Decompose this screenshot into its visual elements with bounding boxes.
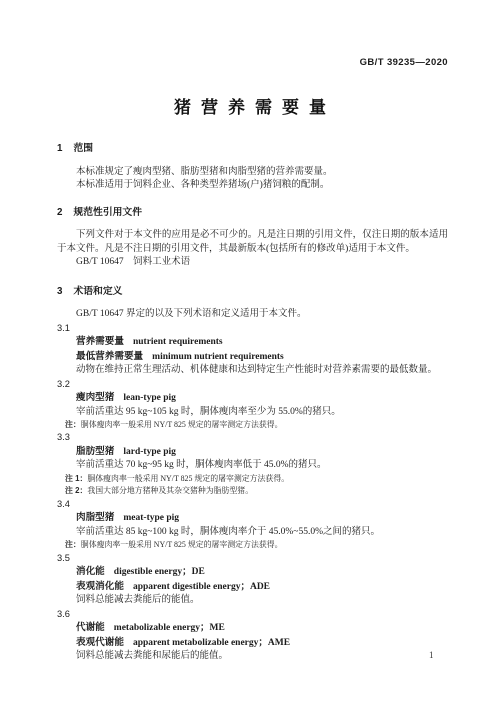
term-definition: 宰前活重达 70 kg~95 kg 时，胴体瘦肉率低于 45.0%的猪只。 bbox=[57, 459, 448, 473]
term-line: 营养需要量nutrient requirements bbox=[57, 335, 448, 350]
note: 注：胴体瘦肉率一般采用 NY/T 825 规定的屠宰测定方法获得。 bbox=[57, 419, 448, 431]
term-subsection: 3.4 肉脂型猪meat-type pig 宰前活重达 85 kg~100 kg… bbox=[57, 498, 448, 552]
term-line: 瘦肉型猪lean-type pig bbox=[57, 391, 448, 406]
term-definition: 宰前活重达 95 kg~105 kg 时，胴体瘦肉率至少为 55.0%的猪只。 bbox=[57, 406, 448, 420]
term-en: apparent digestible energy；ADE bbox=[133, 582, 270, 592]
term-line: 代谢能metabolizable energy；ME bbox=[57, 621, 448, 636]
document-page: GB/T 39235—2020 猪营养需要量 1范围 本标准规定了瘦肉型猪、脂肪… bbox=[0, 0, 500, 707]
note: 注 2：我国大部分地方猪种及其杂交猪种为脂肪型猪。 bbox=[57, 485, 448, 497]
term-en: digestible energy；DE bbox=[114, 567, 205, 577]
term-zh: 代谢能 bbox=[76, 622, 105, 633]
term-en: nutrient requirements bbox=[133, 337, 223, 347]
section-paragraph: 下列文件对于本文件的应用是必不可少的。凡是注日期的引用文件，仅注日期的版本适用于… bbox=[57, 229, 448, 256]
term-line: 脂肪型猪lard-type pig bbox=[57, 445, 448, 460]
term-subsection: 3.2 瘦肉型猪lean-type pig 宰前活重达 95 kg~105 kg… bbox=[57, 378, 448, 432]
term-line: 最低营养需要量minimum nutrient requirements bbox=[57, 350, 448, 365]
section-paragraph: 本标准适用于饲料企业、各种类型养猪场(户)猪饲粮的配制。 bbox=[57, 179, 448, 193]
subsection-number: 3.2 bbox=[57, 378, 448, 392]
term-zh: 最低营养需要量 bbox=[76, 351, 143, 362]
term-en: metabolizable energy；ME bbox=[114, 623, 225, 633]
term-en: lean-type pig bbox=[123, 393, 176, 403]
document-title: 猪营养需要量 bbox=[0, 93, 500, 118]
note-text: 我国大部分地方猪种及其杂交猪种为脂肪型猪。 bbox=[87, 486, 253, 495]
term-en: minimum nutrient requirements bbox=[152, 352, 284, 362]
referenced-standard-line: GB/T 10647 饲料工业术语 bbox=[57, 256, 448, 270]
term-line: 表观消化能apparent digestible energy；ADE bbox=[57, 580, 448, 595]
term-definition: 动物在维持正常生理活动、机体健康和达到特定生产性能时对营养素需要的最低数量。 bbox=[57, 364, 448, 378]
subsection-number: 3.1 bbox=[57, 322, 448, 336]
note-text: 胴体瘦肉率一般采用 NY/T 825 规定的屠宰测定方法获得。 bbox=[81, 420, 283, 429]
subsection-number: 3.5 bbox=[57, 552, 448, 566]
section-title: 规范性引用文件 bbox=[73, 207, 142, 218]
section-number: 3 bbox=[57, 286, 62, 297]
note-label: 注： bbox=[65, 420, 81, 429]
term-subsection: 3.6 代谢能metabolizable energy；ME 表观代谢能appa… bbox=[57, 608, 448, 664]
note-text: 胴体瘦肉率一般采用 NY/T 825 规定的屠宰测定方法获得。 bbox=[87, 474, 289, 483]
section-intro: GB/T 10647 界定的以及下列术语和定义适用于本文件。 bbox=[57, 308, 448, 322]
term-en: apparent metabolizable energy；AME bbox=[133, 638, 290, 648]
section-2-heading: 2规范性引用文件 bbox=[57, 206, 448, 220]
term-line: 肉脂型猪meat-type pig bbox=[57, 511, 448, 526]
document-body: 1范围 本标准规定了瘦肉型猪、脂肪型猪和肉脂型猪的营养需要量。 本标准适用于饲料… bbox=[57, 140, 448, 664]
note: 注：胴体瘦肉率一般采用 NY/T 825 规定的屠宰测定方法获得。 bbox=[57, 539, 448, 551]
term-zh: 瘦肉型猪 bbox=[76, 392, 114, 403]
term-zh: 肉脂型猪 bbox=[76, 512, 114, 523]
section-paragraph: 本标准规定了瘦肉型猪、脂肪型猪和肉脂型猪的营养需要量。 bbox=[57, 166, 448, 180]
term-en: lard-type pig bbox=[123, 447, 176, 457]
term-zh: 表观消化能 bbox=[76, 581, 124, 592]
page-number: 1 bbox=[429, 650, 434, 660]
note-text: 胴体瘦肉率一般采用 NY/T 825 规定的屠宰测定方法获得。 bbox=[81, 540, 283, 549]
term-definition: 饲料总能减去粪能后的能值。 bbox=[57, 594, 448, 608]
section-number: 1 bbox=[57, 143, 62, 154]
section-number: 2 bbox=[57, 207, 62, 218]
section-1-heading: 1范围 bbox=[57, 142, 448, 156]
term-definition: 饲料总能减去粪能和尿能后的能值。 bbox=[57, 650, 448, 664]
subsection-number: 3.3 bbox=[57, 431, 448, 445]
term-subsection: 3.5 消化能digestible energy；DE 表观消化能apparen… bbox=[57, 552, 448, 608]
term-subsection: 3.1 营养需要量nutrient requirements 最低营养需要量mi… bbox=[57, 322, 448, 378]
section-3-heading: 3术语和定义 bbox=[57, 285, 448, 299]
term-zh: 脂肪型猪 bbox=[76, 446, 114, 457]
subsection-number: 3.6 bbox=[57, 608, 448, 622]
term-zh: 表观代谢能 bbox=[76, 637, 124, 648]
note-label: 注： bbox=[65, 540, 81, 549]
standard-code-header: GB/T 39235—2020 bbox=[360, 57, 448, 68]
term-zh: 营养需要量 bbox=[76, 336, 124, 347]
note-label: 注 2： bbox=[65, 486, 87, 495]
note: 注 1：胴体瘦肉率一般采用 NY/T 825 规定的屠宰测定方法获得。 bbox=[57, 473, 448, 485]
note-label: 注 1： bbox=[65, 474, 87, 483]
term-en: meat-type pig bbox=[123, 513, 179, 523]
section-title: 术语和定义 bbox=[73, 286, 122, 297]
term-subsection: 3.3 脂肪型猪lard-type pig 宰前活重达 70 kg~95 kg … bbox=[57, 431, 448, 497]
term-line: 表观代谢能apparent metabolizable energy；AME bbox=[57, 636, 448, 651]
term-line: 消化能digestible energy；DE bbox=[57, 565, 448, 580]
subsection-number: 3.4 bbox=[57, 498, 448, 512]
term-zh: 消化能 bbox=[76, 566, 105, 577]
section-title: 范围 bbox=[73, 143, 93, 154]
term-definition: 宰前活重达 85 kg~100 kg 时，胴体瘦肉率介于 45.0%~55.0%… bbox=[57, 526, 448, 540]
